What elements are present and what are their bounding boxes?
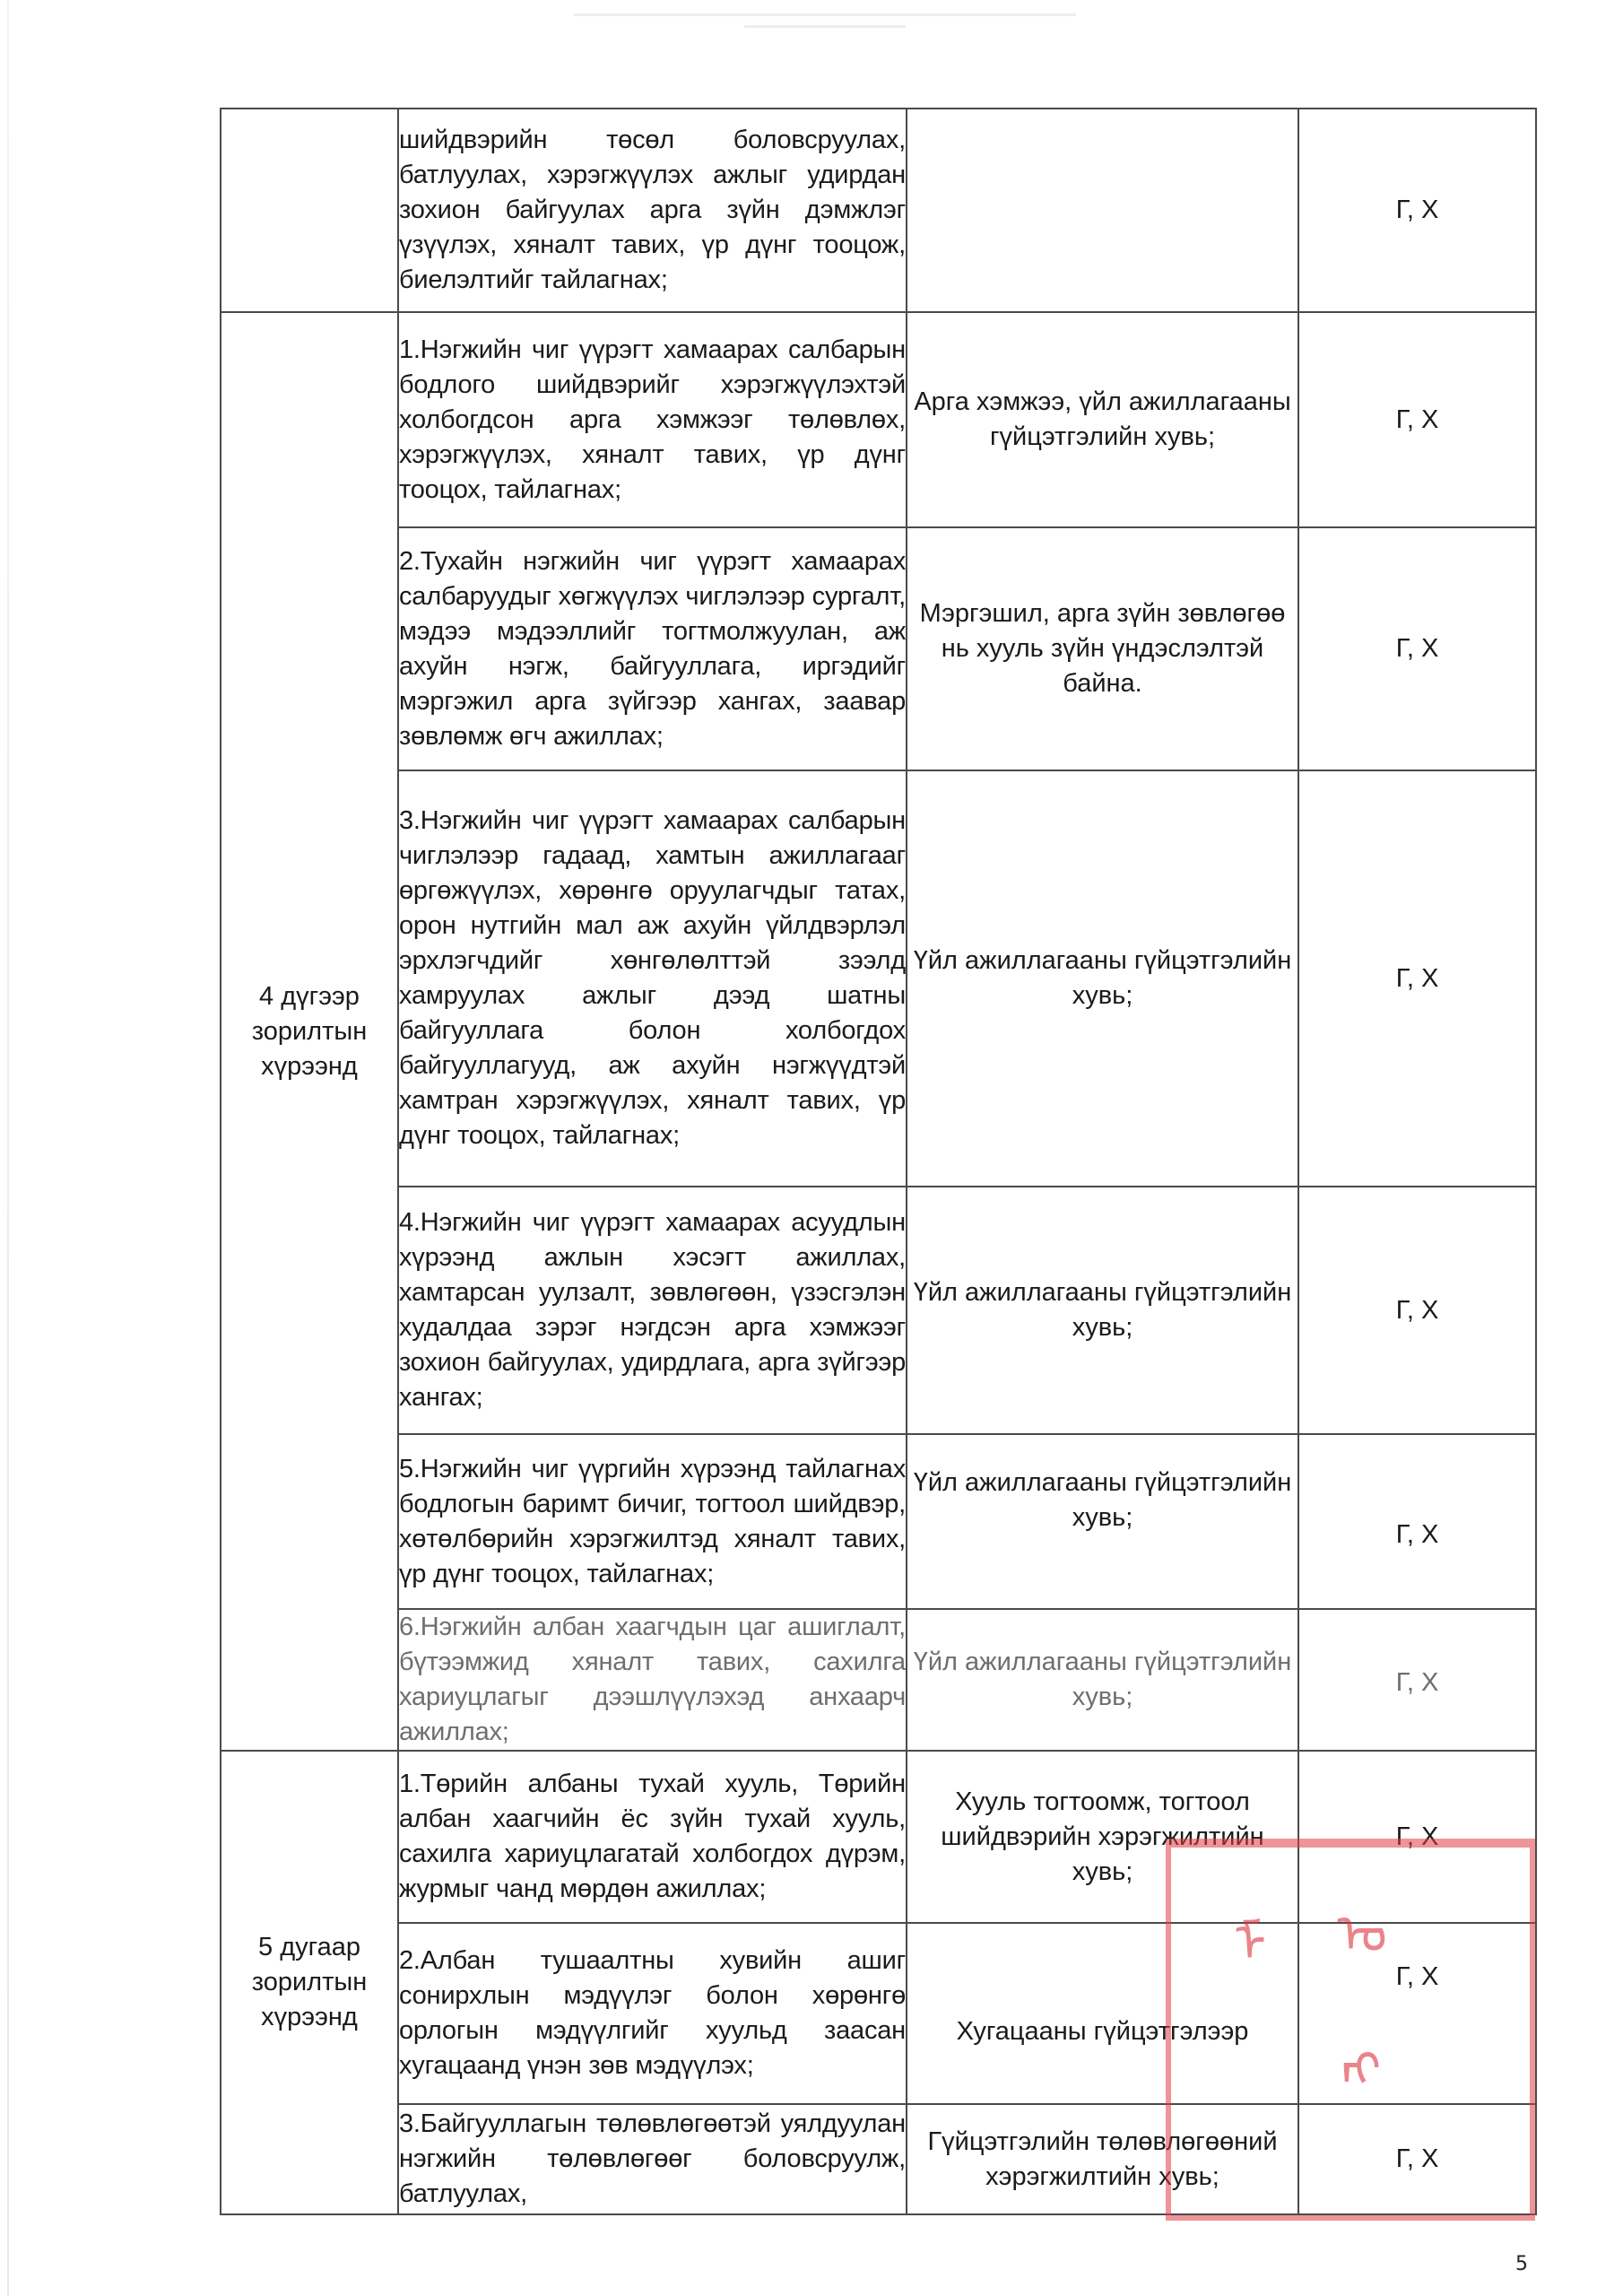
indicator-cell: Гүйцэтгэлийн төлөвлөгөөний хэрэгжилтийн …	[907, 2104, 1298, 2214]
table-row: 4.Нэгжийн чиг үүрэгт хамаарах асуудлын х…	[221, 1187, 1536, 1434]
indicator-cell: Үйл ажиллагааны гүйцэтгэлийн хувь;	[907, 770, 1298, 1187]
document-page: шийдвэрийн төсөл боловсруулах, батлуулах…	[0, 0, 1623, 2296]
grade-cell: Г, Х	[1298, 1609, 1536, 1751]
task-cell: 2.Тухайн нэгжийн чиг үүрэгт хамаарах сал…	[398, 527, 907, 770]
grade-cell: Г, Х	[1298, 109, 1536, 312]
task-cell: 4.Нэгжийн чиг үүрэгт хамаарах асуудлын х…	[398, 1187, 907, 1434]
page-number: 5	[1515, 2253, 1528, 2275]
evaluation-table: шийдвэрийн төсөл боловсруулах, батлуулах…	[220, 108, 1537, 2215]
task-cell: шийдвэрийн төсөл боловсруулах, батлуулах…	[398, 109, 907, 312]
goal-cell	[221, 109, 398, 312]
indicator-cell: Мэргэшил, арга зүйн зөвлөгөө нь хууль зү…	[907, 527, 1298, 770]
task-cell: 1.Нэгжийн чиг үүрэгт хамаарах салбарын б…	[398, 312, 907, 527]
table-row: шийдвэрийн төсөл боловсруулах, батлуулах…	[221, 109, 1536, 312]
indicator-cell: Үйл ажиллагааны гүйцэтгэлийн хувь;	[907, 1434, 1298, 1609]
grade-cell: Г, Х	[1298, 1434, 1536, 1609]
grade-cell: Г, Х	[1298, 1751, 1536, 1923]
task-cell: 1.Төрийн албаны тухай хууль, Төрийн алба…	[398, 1751, 907, 1923]
goal-5-label: 5 дугаар зорилтын хүрээнд	[221, 1751, 398, 2214]
table-row: 2.Албан тушаалтны хувийн ашиг сонирхлын …	[221, 1923, 1536, 2104]
task-cell: 6.Нэгжийн албан хаагчдын цаг ашиглалт, б…	[398, 1609, 907, 1751]
task-cell: 2.Албан тушаалтны хувийн ашиг сонирхлын …	[398, 1923, 907, 2104]
table-row: 2.Тухайн нэгжийн чиг үүрэгт хамаарах сал…	[221, 527, 1536, 770]
grade-cell: Г, Х	[1298, 770, 1536, 1187]
indicator-cell: Үйл ажиллагааны гүйцэтгэлийн хувь;	[907, 1609, 1298, 1751]
grade-cell: Г, Х	[1298, 1923, 1536, 2104]
grade-cell: Г, Х	[1298, 2104, 1536, 2214]
table-row: 3.Байгууллагын төлөвлөгөөтэй уялдуулан н…	[221, 2104, 1536, 2214]
table-row: 6.Нэгжийн албан хаагчдын цаг ашиглалт, б…	[221, 1609, 1536, 1751]
indicator-cell: Хугацааны гүйцэтгэлээр	[907, 1923, 1298, 2104]
grade-cell: Г, Х	[1298, 1187, 1536, 1434]
table-row: 3.Нэгжийн чиг үүрэгт хамаарах салбарын ч…	[221, 770, 1536, 1187]
table-row: 5.Нэгжийн чиг үүргийн хүрээнд тайлагнах …	[221, 1434, 1536, 1609]
task-cell: 3.Байгууллагын төлөвлөгөөтэй уялдуулан н…	[398, 2104, 907, 2214]
task-cell: 3.Нэгжийн чиг үүрэгт хамаарах салбарын ч…	[398, 770, 907, 1187]
table-row: 5 дугаар зорилтын хүрээнд 1.Төрийн албан…	[221, 1751, 1536, 1923]
goal-4-label: 4 дүгээр зорилтын хүрээнд	[221, 312, 398, 1751]
grade-cell: Г, Х	[1298, 527, 1536, 770]
indicator-cell	[907, 109, 1298, 312]
indicator-cell: Хууль тогтоомж, тогтоол шийдвэрийн хэрэг…	[907, 1751, 1298, 1923]
faint-bleed-through-header	[574, 11, 1076, 27]
task-cell: 5.Нэгжийн чиг үүргийн хүрээнд тайлагнах …	[398, 1434, 907, 1609]
scan-edge	[7, 0, 9, 2296]
indicator-cell: Үйл ажиллагааны гүйцэтгэлийн хувь;	[907, 1187, 1298, 1434]
grade-cell: Г, Х	[1298, 312, 1536, 527]
indicator-cell: Арга хэмжээ, үйл ажиллагааны гүйцэтгэлий…	[907, 312, 1298, 527]
table-row: 4 дүгээр зорилтын хүрээнд 1.Нэгжийн чиг …	[221, 312, 1536, 527]
